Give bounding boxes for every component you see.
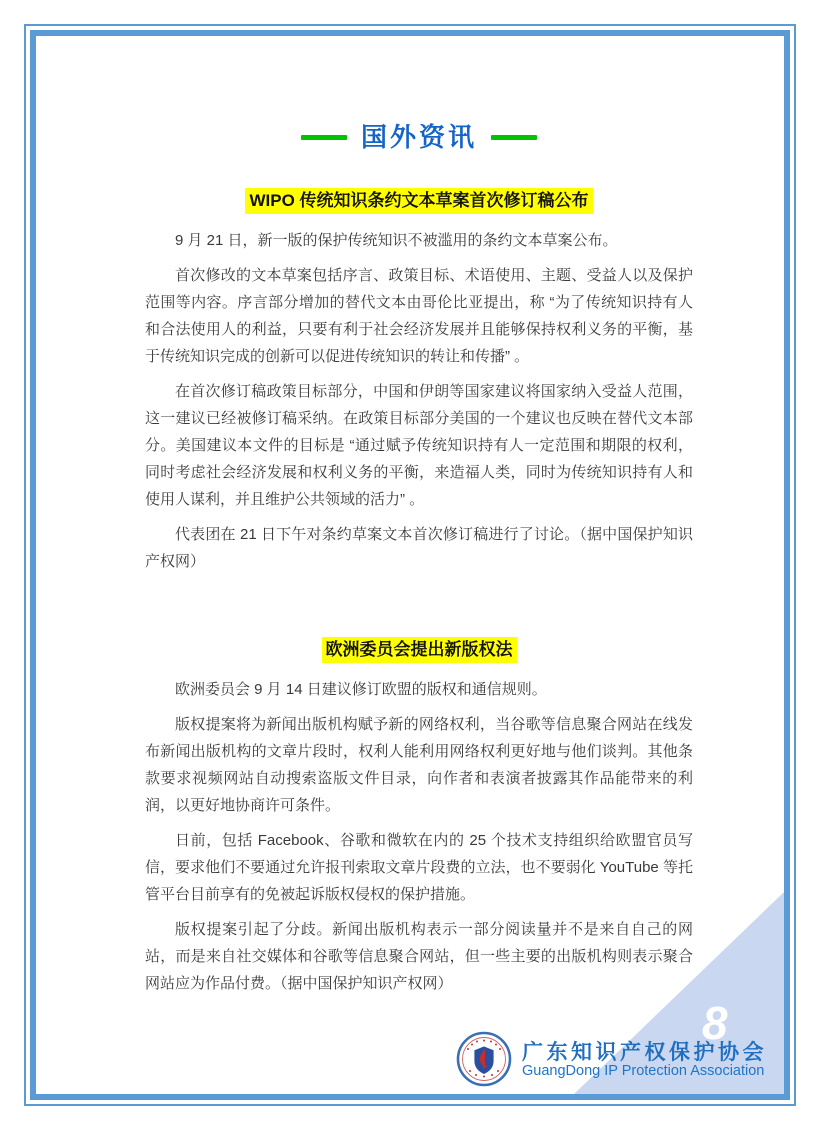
section-header: 国外资讯 (145, 122, 693, 152)
article-paragraph: 日前，包括 Facebook、谷歌和微软在内的 25 个技术支持组织给欧盟官员写… (145, 827, 693, 908)
article-title: WIPO 传统知识条约文本草案首次修订稿公布 (145, 188, 693, 214)
article-paragraph: 首次修改的文本草案包括序言、政策目标、术语使用、主题、受益人以及保护范围等内容。… (145, 262, 693, 370)
association-name-en: GuangDong IP Protection Association (522, 1063, 764, 1079)
document-page: 国外资讯 WIPO 传统知识条约文本草案首次修订稿公布 9 月 21 日，新一版… (0, 0, 820, 1130)
article-paragraph: 代表团在 21 日下午对条约草案文本首次修订稿进行了讨论。（据中国保护知识产权网… (145, 521, 693, 575)
article-paragraph: 欧洲委员会 9 月 14 日建议修订欧盟的版权和通信规则。 (145, 676, 693, 703)
green-dash-right-icon (491, 135, 537, 140)
green-dash-left-icon (301, 135, 347, 140)
page-content: 国外资讯 WIPO 传统知识条约文本草案首次修订稿公布 9 月 21 日，新一版… (145, 36, 693, 997)
article-wipo: WIPO 传统知识条约文本草案首次修订稿公布 9 月 21 日，新一版的保护传统… (145, 188, 693, 575)
article-title: 欧洲委员会提出新版权法 (145, 637, 693, 663)
article-paragraph: 9 月 21 日，新一版的保护传统知识不被滥用的条约文本草案公布。 (145, 227, 693, 254)
article-paragraph: 在首次修订稿政策目标部分，中国和伊朗等国家建议将国家纳入受益人范围，这一建议已经… (145, 378, 693, 513)
article-paragraph: 版权提案将为新闻出版机构赋予新的网络权利，当谷歌等信息聚合网站在线发布新闻出版机… (145, 711, 693, 819)
section-title: 国外资讯 (361, 122, 477, 152)
association-seal-logo-icon (456, 1031, 512, 1087)
article-eu-copyright: 欧洲委员会提出新版权法 欧洲委员会 9 月 14 日建议修订欧盟的版权和通信规则… (145, 637, 693, 997)
article-paragraph: 版权提案引起了分歧。新闻出版机构表示一部分阅读量并不是来自自己的网站，而是来自社… (145, 916, 693, 997)
article-title-highlight: WIPO 传统知识条约文本草案首次修订稿公布 (245, 188, 592, 214)
association-name-cn: 广东知识产权保护协会 (522, 1036, 767, 1066)
article-title-highlight: 欧洲委员会提出新版权法 (322, 637, 517, 663)
